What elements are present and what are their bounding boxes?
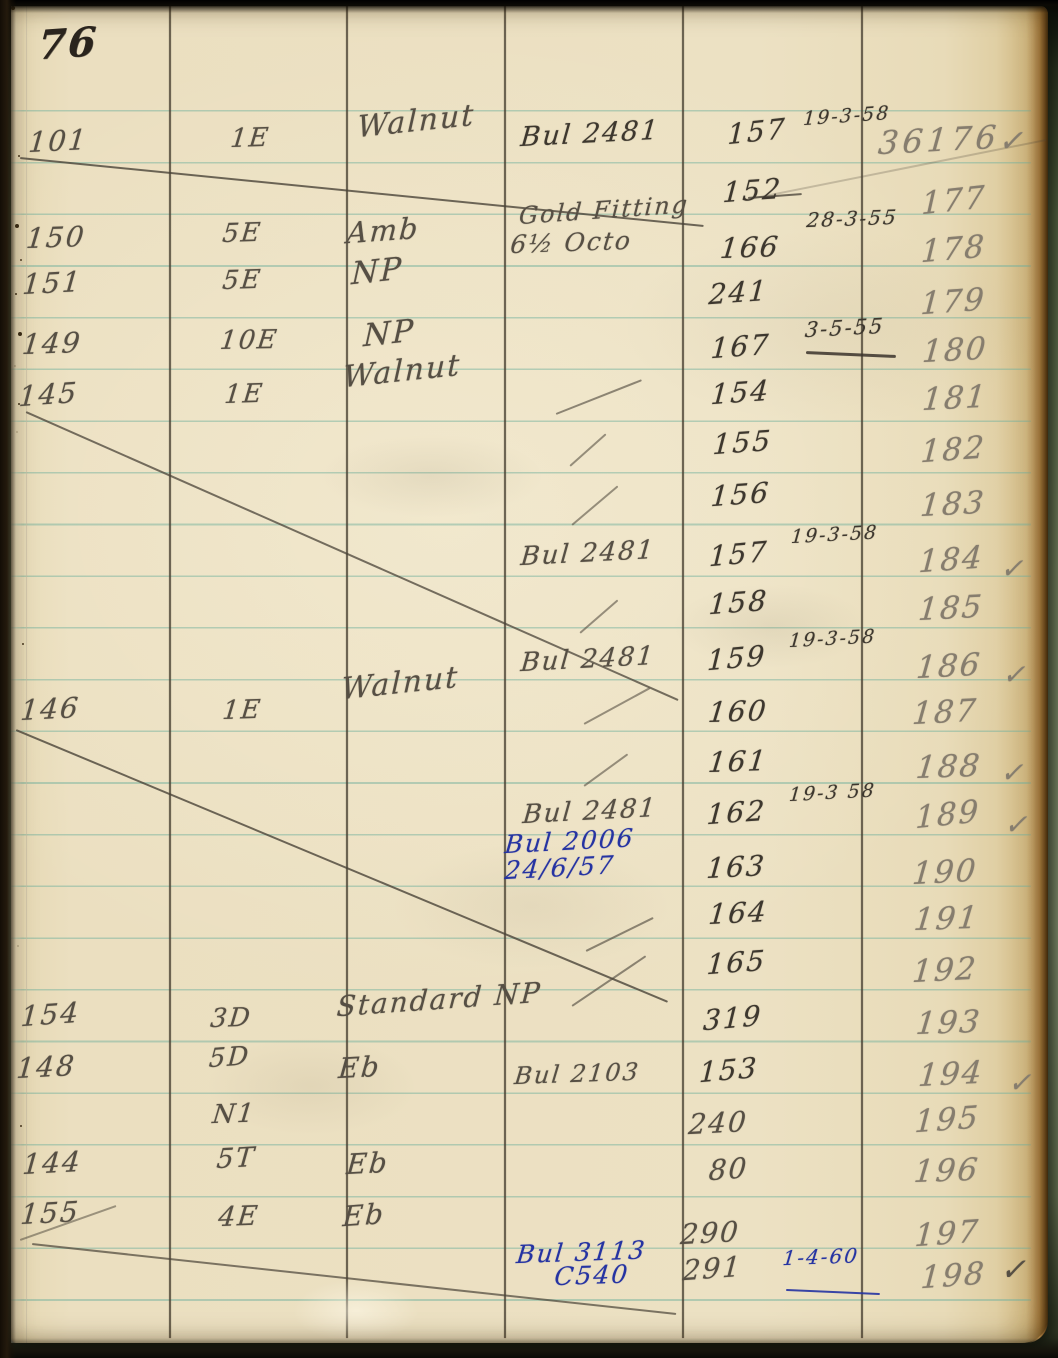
column-rule [504,6,506,1338]
feint-ruled-lines [11,60,1031,1304]
page-edge-curl [1026,6,1048,1343]
ledger-photo: 761011EWalnutBul 248115719-3-5836176✓152… [0,0,1058,1358]
column-rule [346,6,348,1338]
ledger-page [11,6,1048,1343]
column-rule [682,6,684,1338]
paper-stains [11,6,1048,1343]
column-rule [861,6,863,1338]
page-vignette [11,6,1048,1343]
paper-specks [11,6,15,10]
column-rule [169,6,171,1338]
torn-margin-strip [11,6,27,1343]
